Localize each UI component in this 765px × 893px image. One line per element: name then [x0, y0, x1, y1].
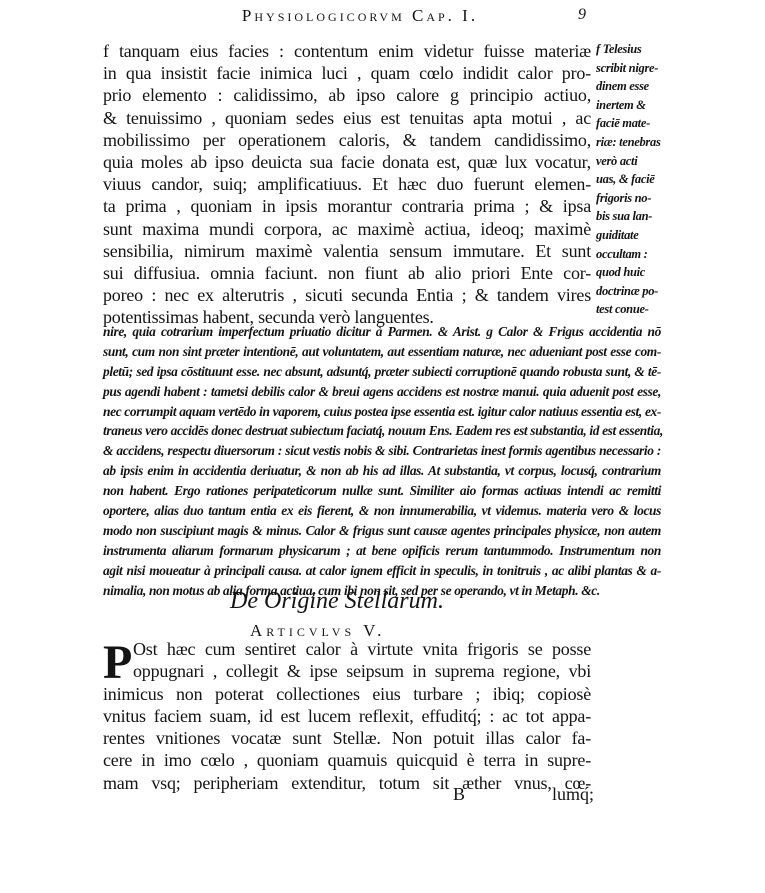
- drop-cap: P: [103, 640, 132, 686]
- text-line: rentes vnitiones vocatæ sunt Stellæ. Non…: [103, 727, 591, 749]
- footnote-line: pletū; sed ipsa cōstituunt esse. nec abs…: [103, 362, 661, 382]
- main-text-block: f tanquam eius facies : contentum enim v…: [103, 40, 591, 328]
- margin-line: test conue-: [596, 300, 692, 319]
- footnote-line: pus agendi habent : tametsi debilis calo…: [103, 382, 661, 402]
- text-line: quia moles ab ipso deuicta sua facie don…: [103, 151, 591, 173]
- text-line: oppugnari , collegit & ipse seipsum in s…: [103, 660, 591, 682]
- text-line: & tenuissimo , quoniam sedes eius est te…: [103, 107, 591, 129]
- text-line: sunt maxima mundi corpora, ac maximè act…: [103, 218, 591, 240]
- text-line: ta prima , quoniam in ipsis morantur con…: [103, 195, 591, 217]
- footnote-line: instrumenta aliarum formarum physicarum …: [103, 541, 661, 561]
- footnote-line: oportere, alias duo tantum entia ex eis …: [103, 501, 661, 521]
- catchword: lumq́;: [552, 784, 594, 805]
- margin-line: uas, & faciē: [596, 170, 692, 189]
- text-line: cere in imo cœlo , quoniam quamuis quicq…: [103, 749, 591, 771]
- margin-line: occultam :: [596, 245, 692, 264]
- margin-line: guiditate: [596, 226, 692, 245]
- margin-line: inertem &: [596, 96, 692, 115]
- book-page: Physiologicorvm Cap. I. 9 f tanquam eius…: [0, 0, 765, 893]
- footnote-line: sunt, cum non sint præter intentionē, au…: [103, 342, 661, 362]
- text-line: sensibilia, nimirum maximè valentia sens…: [103, 240, 591, 262]
- margin-line: scribit nigre-: [596, 59, 692, 78]
- text-line: viuus candor, suiq; amplificatiuus. Et h…: [103, 173, 591, 195]
- article-text-block: P Ost hæc cum sentiret calor à virtute v…: [103, 638, 591, 794]
- footnote-line: traneus vero accidēs donec destruat subi…: [103, 421, 661, 441]
- text-line: vnitus faciem suam, id est lucem reflexi…: [103, 705, 591, 727]
- text-line: inimicus non poterat collectiones eius t…: [103, 683, 591, 705]
- margin-line: verò acti: [596, 152, 692, 171]
- margin-line: quod huic: [596, 263, 692, 282]
- text-line: in qua insistit facie inimica luci , qua…: [103, 62, 591, 84]
- footnote-line: nec corrumpit aquam vertēdo in vaporem, …: [103, 402, 661, 422]
- margin-line: doctrinæ po-: [596, 282, 692, 301]
- text-line: Ost hæc cum sentiret calor à virtute vni…: [103, 638, 591, 660]
- page-number: 9: [578, 6, 586, 24]
- footnote-line: agit nisi moueatur à principali causa. a…: [103, 561, 661, 581]
- text-line: f tanquam eius facies : contentum enim v…: [103, 40, 591, 62]
- margin-line: frigoris no-: [596, 189, 692, 208]
- margin-line: riæ: tenebras: [596, 133, 692, 152]
- footnote-line: modo non suscipiunt magis & minus. Calor…: [103, 521, 661, 541]
- text-line: sui diffusiua. omnia faciunt. non fiunt …: [103, 262, 591, 284]
- signature-mark: B: [453, 784, 465, 805]
- footnotes-block: nire, quia cotrarium imperfectum priuati…: [103, 322, 661, 600]
- section-title: De Origine Stellarum.: [230, 588, 444, 615]
- text-line: poreo : nec ex alterutris , sicuti secun…: [103, 284, 591, 306]
- text-line: mam vsq; peripheriam extenditur, totum s…: [103, 772, 591, 794]
- margin-line: dinem esse: [596, 77, 692, 96]
- text-line: prio elemento : calidissimo, ab ipso cal…: [103, 84, 591, 106]
- text-line: mobilissimo per operationem caloris, & t…: [103, 129, 591, 151]
- footnote-line: nire, quia cotrarium imperfectum priuati…: [103, 322, 661, 342]
- margin-line: bis sua lan-: [596, 207, 692, 226]
- margin-line: faciē mate-: [596, 114, 692, 133]
- footnote-line: ab ipsis enim in accidentia deriuatur, &…: [103, 461, 661, 481]
- footnote-line: non habent. Ergo rationes peripateticoru…: [103, 481, 661, 501]
- margin-line: f Telesius: [596, 40, 692, 59]
- marginal-note: f Telesius scribit nigre- dinem esse ine…: [596, 40, 692, 319]
- running-title: Physiologicorvm Cap. I.: [180, 6, 540, 26]
- footnote-line: & accidens, respectu diuersorum : sicut …: [103, 441, 661, 461]
